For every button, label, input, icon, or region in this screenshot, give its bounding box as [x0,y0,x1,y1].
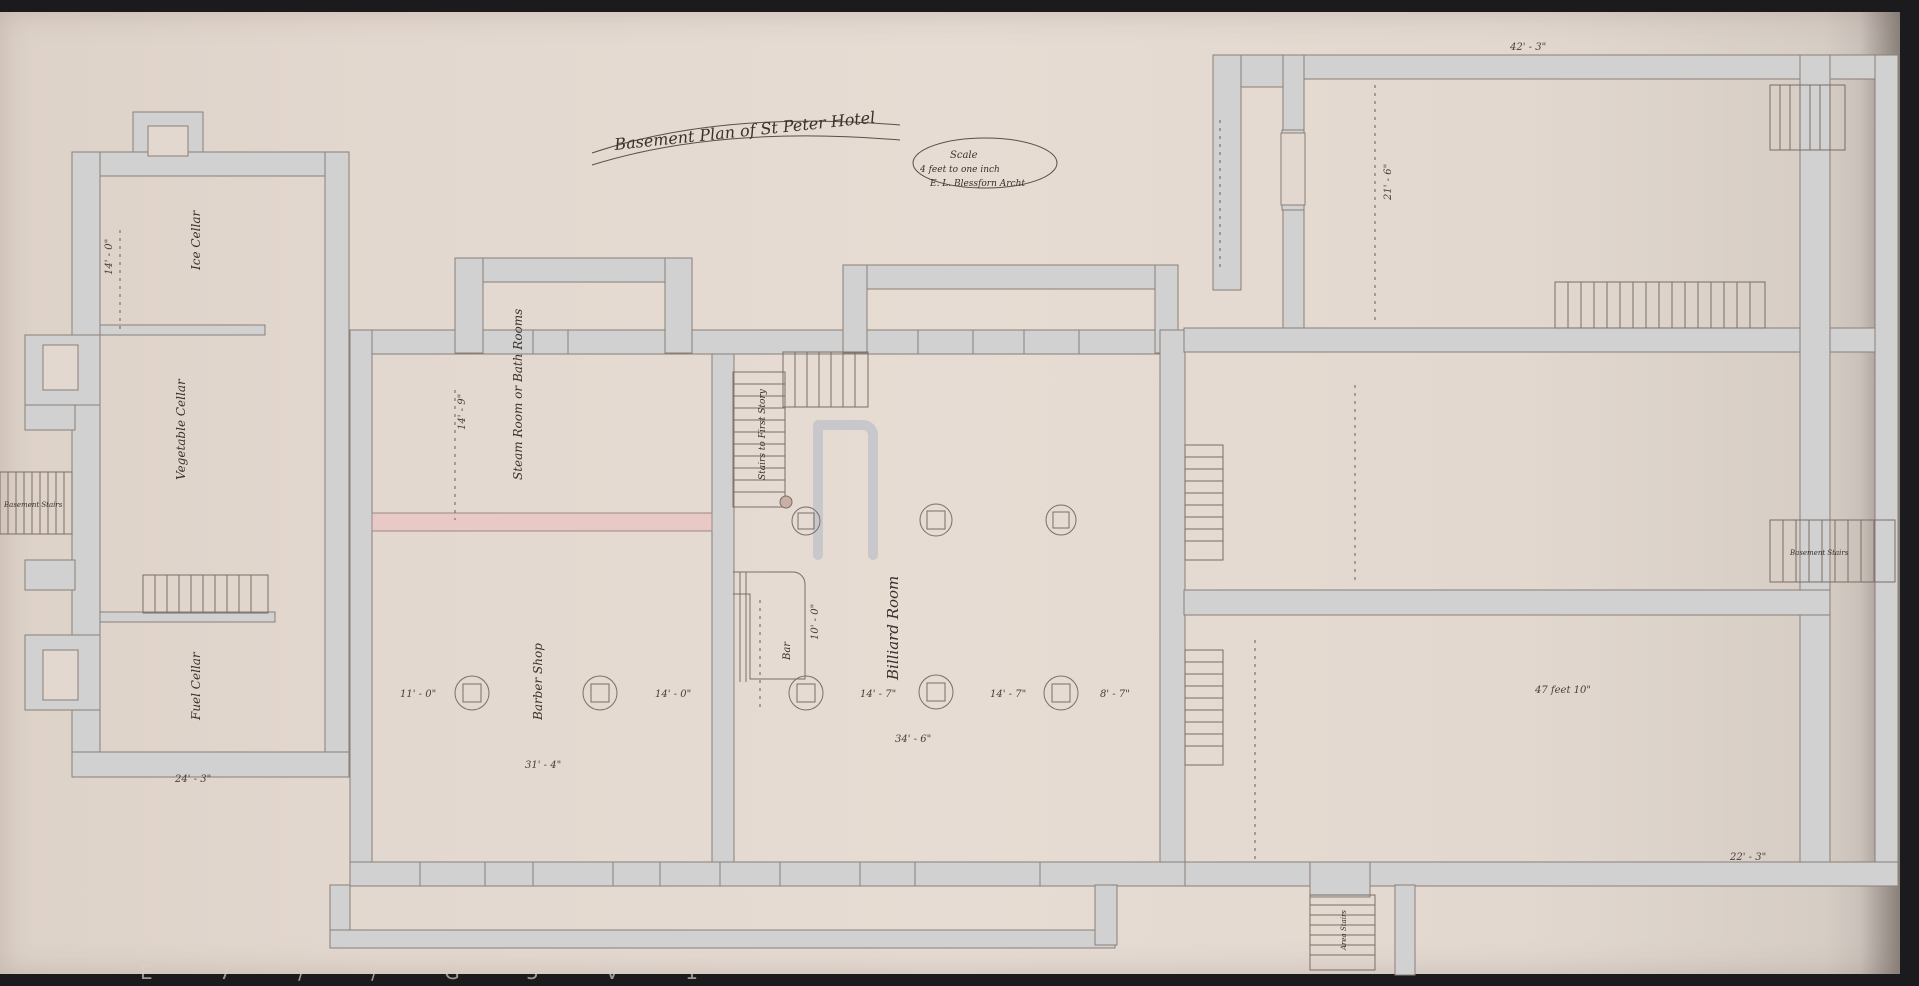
label-barber-shop: Barber Shop [531,643,545,721]
svg-text:47 feet 10": 47 feet 10" [1534,685,1591,696]
label-stairs-first-story: Stairs to First Story [758,388,768,480]
label-bar: Bar [782,641,793,661]
label-steam-room: Steam Room or Bath Rooms [511,309,525,480]
svg-text:24' - 3": 24' - 3" [174,774,211,785]
label-fuel-cellar: Fuel Cellar [189,651,203,721]
svg-text:11' - 0": 11' - 0" [400,689,436,700]
vegetable-cellar-stairs [143,575,268,613]
svg-text:14' - 7": 14' - 7" [990,689,1026,700]
svg-text:34' - 6": 34' - 6" [895,734,931,745]
label-ice-cellar: Ice Cellar [189,210,203,271]
svg-text:10' - 0": 10' - 0" [810,604,821,640]
bottom-wall-stub [1395,885,1415,975]
title-cartouche: Basement Plan of St Peter Hotel Scale 4 … [592,108,1057,189]
room-labels: Ice Cellar Vegetable Cellar Fuel Cellar … [3,210,1849,951]
central-walls [330,258,1185,948]
pink-partition [372,513,712,531]
architect-signature: E. L. Blessforn Archt [929,179,1025,189]
scale-value: 4 feet to one inch [919,165,1000,175]
svg-text:14' - 7": 14' - 7" [860,689,896,700]
label-vegetable-cellar: Vegetable Cellar [174,378,188,480]
floor-plan: Basement Plan of St Peter Hotel Scale 4 … [0,0,1919,986]
svg-text:14' - 9": 14' - 9" [457,394,468,430]
drawing-title: Basement Plan of St Peter Hotel [612,108,876,154]
label-area-stairs: Area Stairs [1340,910,1348,951]
label-basement-stairs-right: Basement Stairs [1789,549,1849,557]
stairs-to-first-story [733,352,873,555]
scale-label: Scale [950,150,978,161]
archive-marks: E 7 / / G 5 V 1 [140,960,728,984]
label-billiard-room: Billiard Room [884,576,902,681]
svg-text:31' - 4": 31' - 4" [525,760,561,771]
label-basement-stairs-left: Basement Stairs [3,501,63,509]
svg-text:8' - 7": 8' - 7" [1100,689,1130,700]
svg-text:22' - 3": 22' - 3" [1729,852,1766,863]
svg-text:42' - 3": 42' - 3" [1509,42,1546,53]
svg-text:21' - 6": 21' - 6" [1383,164,1394,201]
bar-counter [733,572,805,682]
right-wing-walls [1184,55,1898,897]
svg-text:14' - 0": 14' - 0" [655,689,691,700]
svg-text:14' - 0": 14' - 0" [104,239,115,275]
